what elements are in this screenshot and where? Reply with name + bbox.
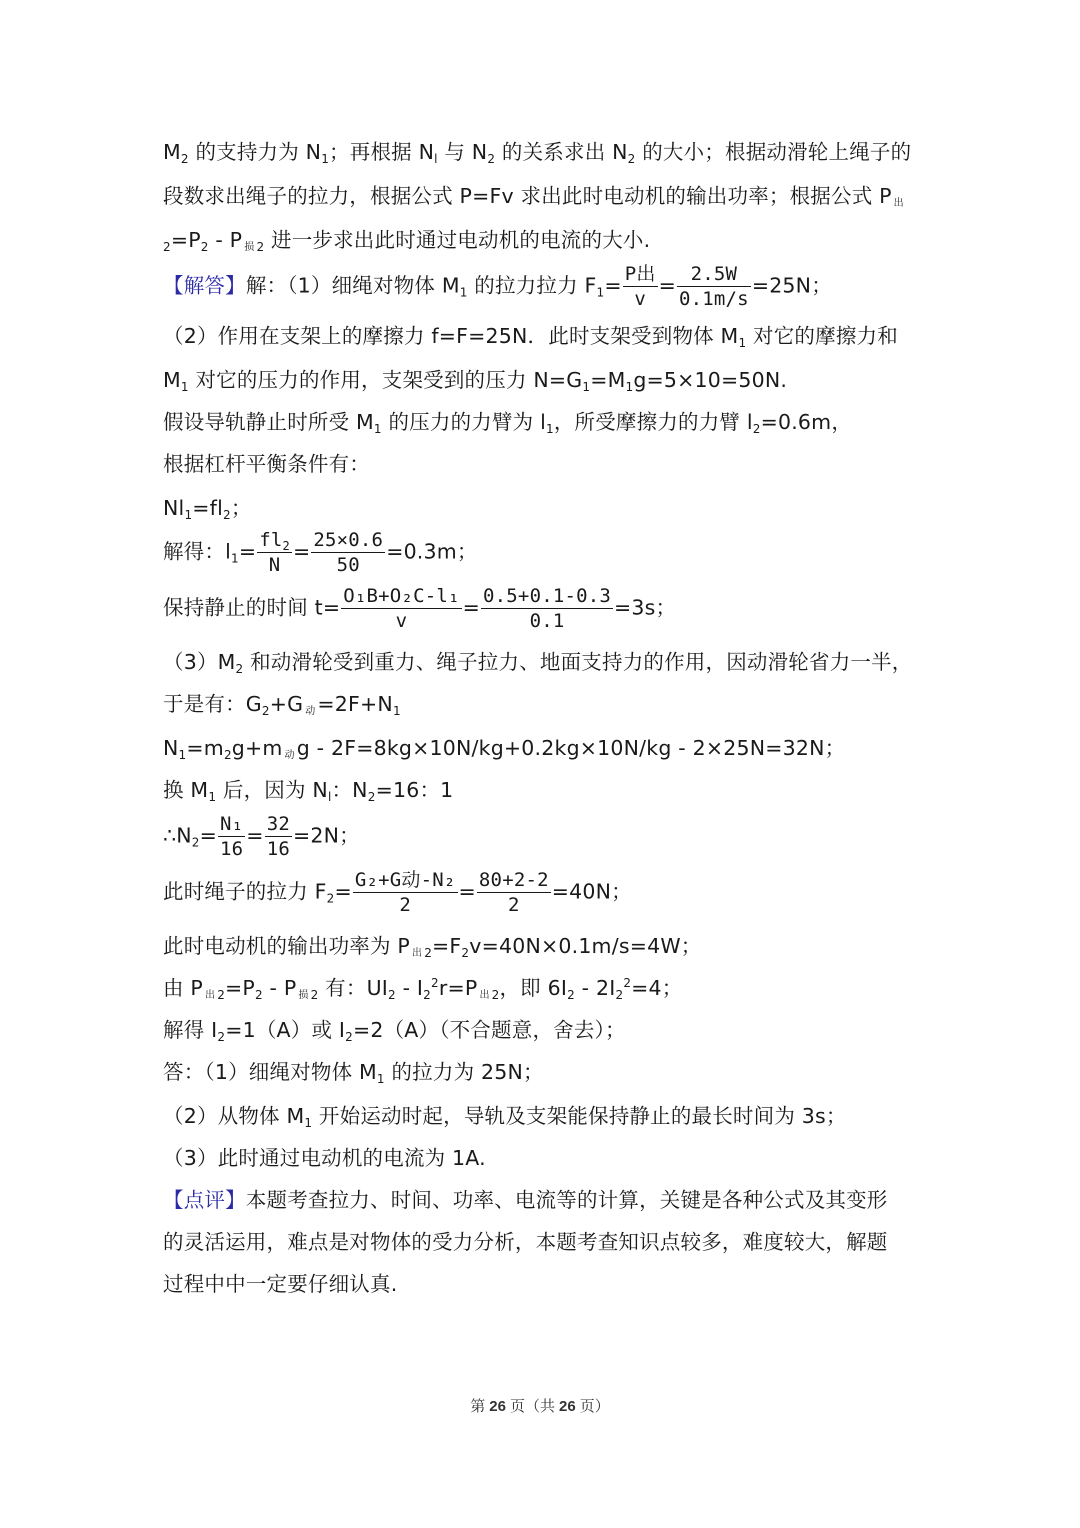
solution-line-p6: 解得：l1=fl2N=25×0.650=0.3m； (163, 528, 478, 577)
page-number: 26 (489, 1398, 506, 1415)
fraction: 2.5W0.1m/s (677, 262, 751, 311)
solution-line-p8: （3）M2 和动滑轮受到重力、绳子拉力、地面支持力的作用，因动滑轮省力一半， (163, 648, 913, 676)
fraction: N₁16 (218, 812, 245, 861)
page-footer: 第26页（共26页） (0, 1395, 1080, 1416)
page-total: 26 (559, 1398, 576, 1415)
solution-part1: 【解答】解：（1）细绳对物体 M1 的拉力拉力 F1=P出v=2.5W0.1m/… (163, 262, 832, 311)
analysis-line-1: M2 的支持力为 N1；再根据 Nl 与 N2 的关系求出 N2 的大小；根据动… (163, 138, 911, 166)
solution-line-p13: 此时绳子的拉力 F2=G₂+G动-N₂2=80+2-22=40N； (163, 868, 632, 917)
fraction: 25×0.650 (311, 528, 385, 577)
fraction: 80+2-22 (477, 868, 551, 917)
answer-line-2: （2）从物体 M1 开始运动时起，导轨及支架能保持静止的最长时间为 3s； (163, 1102, 847, 1130)
answer-line-3: （3）此时通过电动机的电流为 1A. (163, 1144, 486, 1172)
fraction: 0.5+0.1-0.30.1 (481, 584, 613, 633)
comment-line-3: 过程中中一定要仔细认真. (163, 1270, 397, 1298)
solution-tag: 【解答】 (163, 274, 246, 298)
solution-line-p3: 假设导轨静止时所受 M1 的压力的力臂为 l1，所受摩擦力的力臂 l2=0.6m… (163, 408, 852, 436)
solution-line-p14: 此时电动机的输出功率为 P出2=F2v=40N×0.1m/s=4W； (163, 932, 702, 968)
solution-line-p7: 保持静止的时间 t=O₁B+O₂C-l₁v=0.5+0.1-0.30.1=3s； (163, 584, 676, 633)
fraction: P出v (623, 262, 658, 311)
fraction: G₂+G动-N₂2 (353, 868, 458, 917)
solution-part2b: M1 对它的压力的作用，支架受到的压力 N=G1=M1g=5×10=50N. (163, 366, 787, 394)
solution-line-p16: 解得 I2=1（A）或 I2=2（A）（不合题意，舍去）； (163, 1016, 626, 1044)
fraction: fl2N (257, 528, 292, 577)
solution-line-p15: 由 P出2=P2 - P损2 有：UI2 - I22r=P出2，即 6I2 - … (163, 974, 682, 1010)
fraction: O₁B+O₂C-l₁v (341, 584, 461, 633)
analysis-line-3: 2=P2 - P损2 进一步求出此时通过电动机的电流的大小. (163, 226, 650, 262)
solution-line-p12: ∴N2=N₁16=3216=2N； (163, 812, 360, 861)
comment-line-2: 的灵活运用，难点是对物体的受力分析，本题考查知识点较多，难度较大，解题 (163, 1228, 888, 1256)
solution-line-p10: N1=m2g+m动g - 2F=8kg×10N/kg+0.2kg×10N/kg … (163, 734, 845, 770)
solution-line-p11: 换 M1 后，因为 Nl：N2=16：1 (163, 776, 453, 804)
solution-line-p5: Nl1=fl2； (163, 494, 252, 522)
solution-line-p9: 于是有：G2+G动=2F+N1 (163, 690, 401, 726)
solution-part2a: （2）作用在支架上的摩擦力 f=F=25N．此时支架受到物体 M1 对它的摩擦力… (163, 322, 898, 350)
answer-line-1: 答：（1）细绳对物体 M1 的拉力为 25N； (163, 1058, 544, 1086)
solution-line-p4: 根据杠杆平衡条件有： (163, 450, 370, 478)
fraction: 3216 (265, 812, 292, 861)
analysis-line-2: 段数求出绳子的拉力，根据公式 P=Fv 求出此时电动机的输出功率；根据公式 P出 (163, 182, 906, 218)
comment-line-1: 【点评】本题考查拉力、时间、功率、电流等的计算，关键是各种公式及其变形 (163, 1186, 888, 1214)
comment-tag: 【点评】 (163, 1188, 246, 1212)
